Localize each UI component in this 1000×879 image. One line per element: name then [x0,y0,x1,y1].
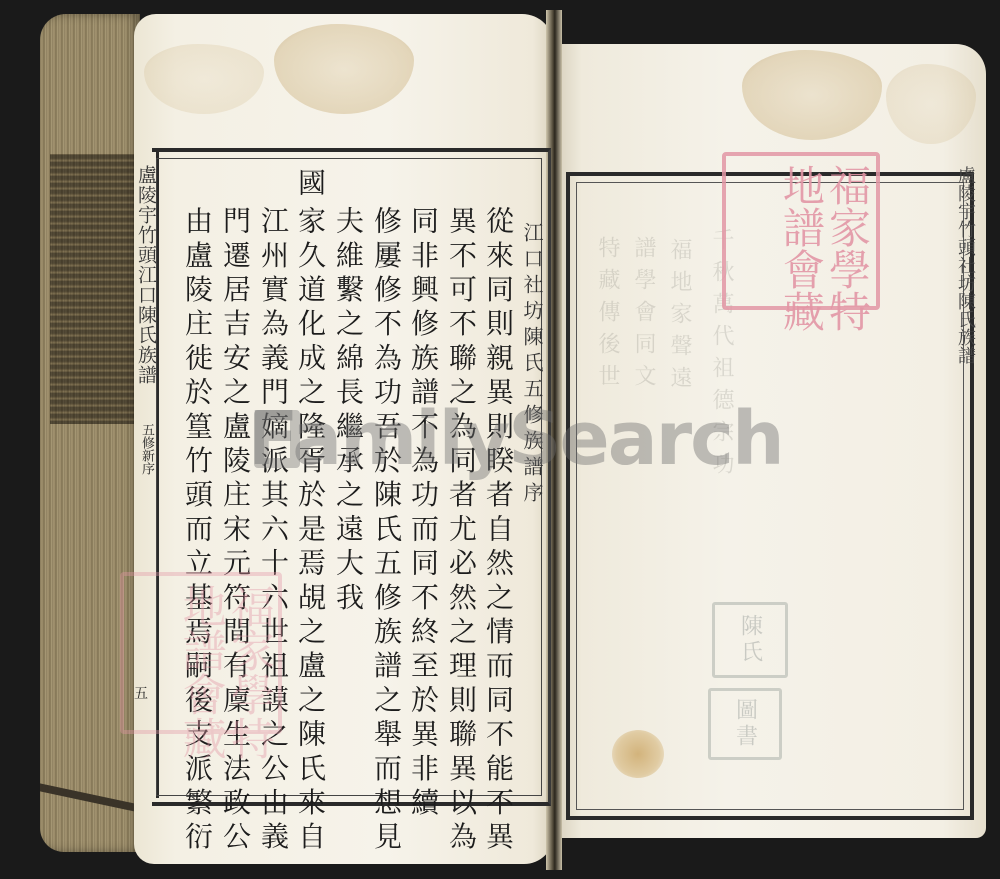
show-through-seal: 圖書 [708,688,782,760]
seal-char: 學 [224,672,272,716]
seal-char: 地 [175,584,223,628]
water-stain [742,50,882,140]
text-column: 修屢修不為功吾於陳氏五修族譜之舉而想見 [372,206,400,856]
seal-char: 藏 [778,290,824,332]
seal-char: 家 [224,628,272,672]
right-spine-title: 盧陵宇竹頭社坊陳氏族譜 [956,166,978,364]
seal-char: 福 [824,164,870,206]
text-column: 從來同則親異則睽者自然之情而同不能不異 [484,206,512,856]
show-through-text: 福地家聲遠 [664,238,695,398]
water-stain [274,24,414,114]
collection-seal-right: 福 地 家 譜 學 會 特 藏 [722,152,880,310]
water-stain [144,44,264,114]
show-through-text: 譜學會同文 [628,236,659,396]
left-spine-section: 五修新序 [134,423,156,475]
seal-char: 家 [824,206,870,248]
seal-char: 會 [175,672,223,716]
seal-char: 藏 [175,716,223,760]
seal-char: 學 [824,248,870,290]
seal-char: 會 [778,248,824,290]
left-spine-title: 盧陵宇竹頭江口陳氏族譜 [134,165,160,385]
seal-char: 特 [824,290,870,332]
seal-char: 譜 [175,628,223,672]
collection-seal-left: 福 地 家 譜 學 會 特 藏 [120,572,282,734]
seal-char: 譜 [778,206,824,248]
watermark: FamilySearch [248,396,783,482]
show-through-text: 特藏傳後世 [592,236,623,396]
seal-char: 特 [224,716,272,760]
seal-char: 地 [778,164,824,206]
book-scan: 盧陵宇竹頭江口陳氏族譜 五修新序 五 江口社坊陳氏五修族譜序 從來同則親異則睽者… [0,0,1000,879]
text-column: 家久道化成之隆胥於是焉覘之盧之陳氏來自 [296,206,324,856]
text-column-raised: 國 [296,168,324,202]
water-stain [886,64,976,144]
seal-char: 福 [224,584,272,628]
text-column: 同非興修族譜不為功而同不終至於異非續 [409,206,437,822]
show-through-seal: 陳氏 [712,602,788,678]
text-column: 異不可不聯之為同者尤必然之理則聯異以為 [447,206,475,856]
